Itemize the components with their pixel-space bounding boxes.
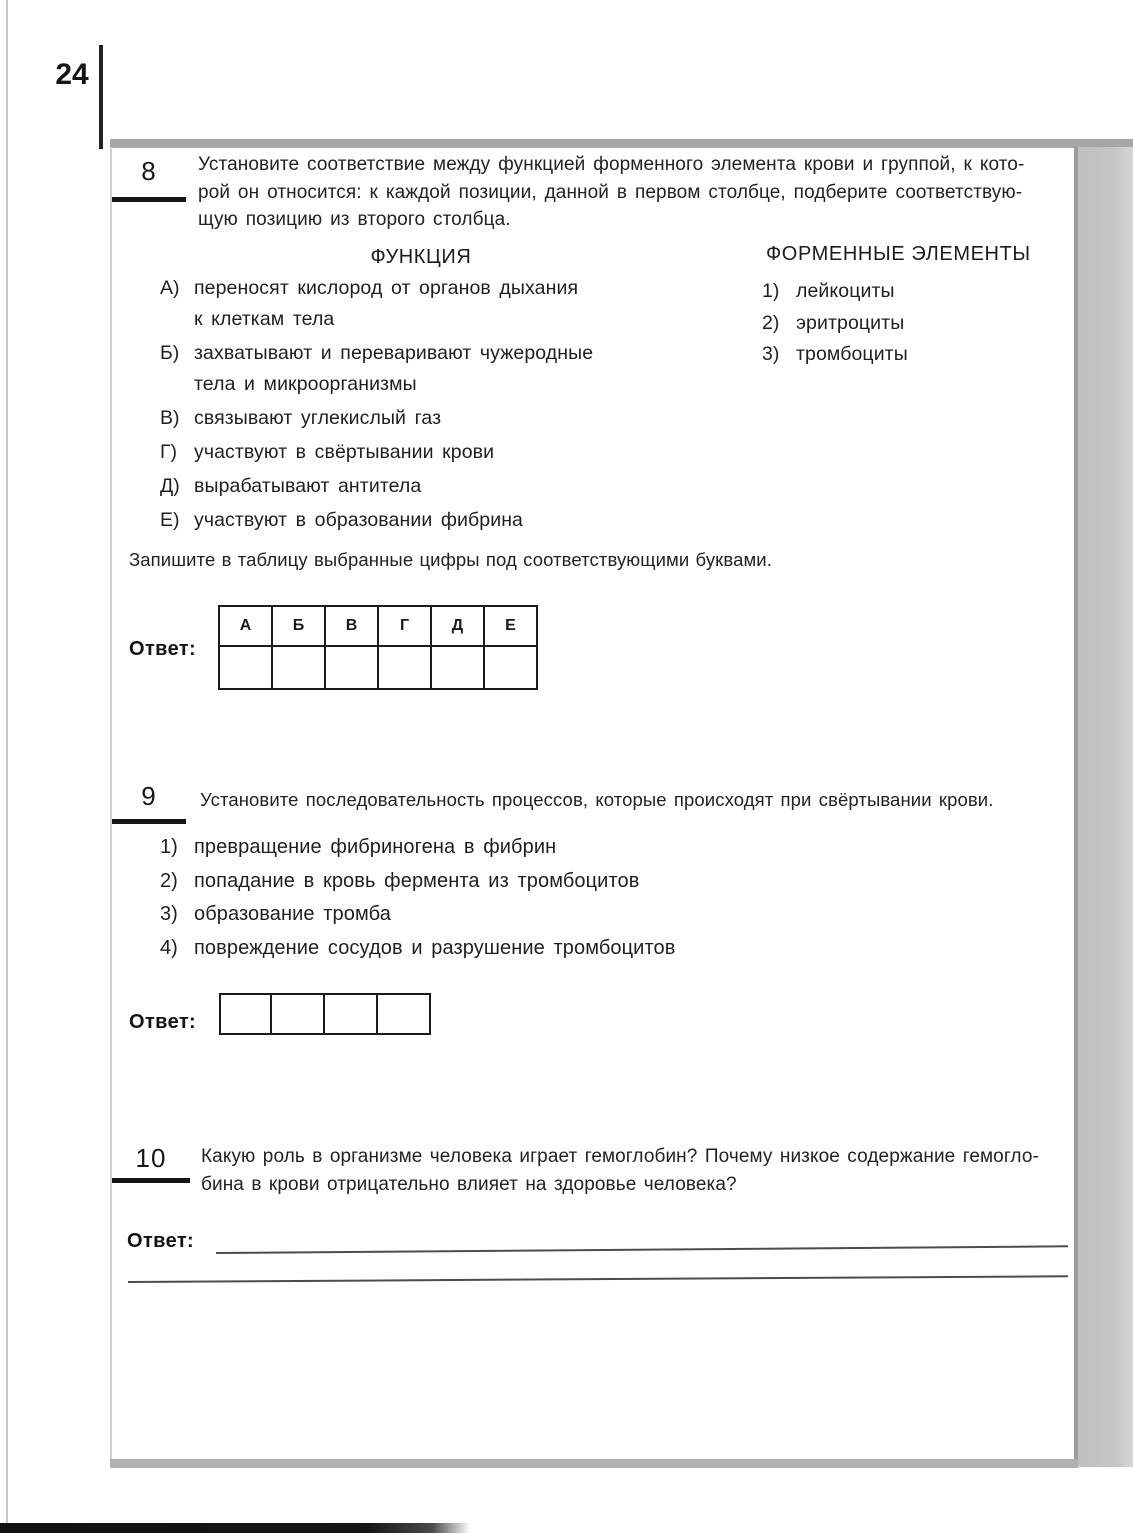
- answer-cell[interactable]: [272, 646, 325, 689]
- prompt-line: щую позицию из второго столбца.: [198, 206, 1024, 234]
- item-label: 3): [160, 898, 194, 932]
- item-text: вырабатывают антитела: [194, 471, 421, 502]
- question-9-answer-label: Ответ:: [129, 1011, 196, 1034]
- answer-table-input-row: [219, 646, 537, 689]
- answer-table-header-row: А Б В Г Д Е: [219, 606, 537, 646]
- prompt-line: рой он относится: к каждой позиции, данн…: [198, 179, 1024, 207]
- question-8-rule: [112, 197, 186, 202]
- item-label: 2): [762, 308, 796, 339]
- item-text: эритроциты: [796, 308, 904, 339]
- item-label: 1): [160, 831, 194, 865]
- item-text: превращение фибриногена в фибрин: [194, 831, 556, 865]
- column-letter: Е: [484, 606, 537, 646]
- question-8-number: 8: [110, 156, 188, 187]
- list-item: 4) повреждение сосудов и разрушение тром…: [160, 932, 675, 966]
- question-9-number: 9: [110, 781, 188, 812]
- answer-cell[interactable]: [378, 993, 431, 1035]
- answer-write-line[interactable]: [216, 1245, 1068, 1254]
- list-item: А) переносят кислород от органов дыхания…: [160, 273, 760, 335]
- list-item: Е) участвуют в образовании фибрина: [160, 505, 760, 536]
- item-label: Д): [160, 471, 194, 502]
- item-text: попадание в кровь фермента из тромбоцито…: [194, 865, 639, 899]
- question-10-prompt: Какую роль в организме человека играет г…: [201, 1143, 1039, 1199]
- answer-write-line[interactable]: [128, 1275, 1068, 1283]
- column-letter: В: [325, 606, 378, 646]
- list-item: 3) образование тромба: [160, 898, 675, 932]
- scanned-workbook-page: 24 8 Установите соответствие между функц…: [0, 0, 1133, 1533]
- list-item: 2) попадание в кровь фермента из тромбоц…: [160, 865, 675, 899]
- page-number: 24: [50, 58, 94, 92]
- prompt-line: Установите соответствие между функцией ф…: [198, 151, 1024, 179]
- question-9-prompt: Установите последовательность процессов,…: [200, 786, 993, 814]
- question-9-rule: [112, 819, 186, 824]
- column-letter: Г: [378, 606, 431, 646]
- elements-list: 1) лейкоциты 2) эритроциты 3) тромбоциты: [762, 276, 908, 371]
- item-label: 3): [762, 339, 796, 370]
- item-label: 4): [160, 932, 194, 966]
- list-item: 2) эритроциты: [762, 308, 908, 339]
- question-10-number: 10: [110, 1143, 192, 1174]
- list-item: Б) захватывают и переваривают чужеродные…: [160, 338, 760, 400]
- item-label: 2): [160, 865, 194, 899]
- item-text: связывают углекислый газ: [194, 403, 441, 434]
- scan-edge-line: [6, 0, 8, 1533]
- answer-cell[interactable]: [484, 646, 537, 689]
- item-label: Б): [160, 338, 194, 369]
- answer-cell[interactable]: [431, 646, 484, 689]
- question-10-rule: [112, 1178, 190, 1183]
- sequence-list: 1) превращение фибриногена в фибрин 2) п…: [160, 831, 675, 965]
- item-text: тромбоциты: [796, 339, 908, 370]
- item-text: участвуют в свёртывании крови: [194, 437, 494, 468]
- list-item: 1) превращение фибриногена в фибрин: [160, 831, 675, 865]
- item-text: захватывают и переваривают чужеродные те…: [194, 338, 593, 400]
- item-label: В): [160, 403, 194, 434]
- column-letter: Д: [431, 606, 484, 646]
- prompt-line: бина в крови отрицательно влияет на здор…: [201, 1171, 1039, 1199]
- list-item: Д) вырабатывают антитела: [160, 471, 760, 502]
- elements-column-header: ФОРМЕННЫЕ ЭЛЕМЕНТЫ: [766, 243, 1031, 266]
- question-9-answer-cells: [219, 993, 431, 1035]
- question-10-answer-label: Ответ:: [127, 1230, 194, 1253]
- item-label: Г): [160, 437, 194, 468]
- page-corner-rule: [99, 45, 103, 149]
- question-8-answer-table: А Б В Г Д Е: [218, 605, 538, 690]
- answer-cell[interactable]: [325, 993, 378, 1035]
- prompt-line: Какую роль в организме человека играет г…: [201, 1143, 1039, 1171]
- item-text: образование тромба: [194, 898, 391, 932]
- column-letter: Б: [272, 606, 325, 646]
- item-label: А): [160, 273, 194, 304]
- answer-cell[interactable]: [325, 646, 378, 689]
- answer-cell[interactable]: [219, 646, 272, 689]
- question-8-answer-label: Ответ:: [129, 638, 196, 661]
- function-list: А) переносят кислород от органов дыхания…: [160, 273, 760, 539]
- question-8-prompt: Установите соответствие между функцией ф…: [198, 151, 1024, 234]
- list-item: В) связывают углекислый газ: [160, 403, 760, 434]
- content-box-bottom-border: [110, 1459, 1078, 1468]
- list-item: 1) лейкоциты: [762, 276, 908, 307]
- list-item: 3) тромбоциты: [762, 339, 908, 370]
- content-box-top-border: [110, 139, 1133, 148]
- list-item: Г) участвуют в свёртывании крови: [160, 437, 760, 468]
- function-column-header: ФУНКЦИЯ: [166, 246, 676, 269]
- item-text: участвуют в образовании фибрина: [194, 505, 523, 536]
- answer-cell[interactable]: [219, 993, 272, 1035]
- column-letter: А: [219, 606, 272, 646]
- scan-gray-margin: [1078, 147, 1133, 1467]
- item-label: 1): [762, 276, 796, 307]
- scan-bottom-bar: [0, 1523, 470, 1533]
- answer-cell[interactable]: [378, 646, 431, 689]
- item-label: Е): [160, 505, 194, 536]
- item-text: повреждение сосудов и разрушение тромбоц…: [194, 932, 675, 966]
- answer-cell[interactable]: [272, 993, 325, 1035]
- item-text: лейкоциты: [796, 276, 895, 307]
- item-text: переносят кислород от органов дыхания к …: [194, 273, 578, 335]
- table-instruction: Запишите в таблицу выбранные цифры под с…: [129, 549, 772, 571]
